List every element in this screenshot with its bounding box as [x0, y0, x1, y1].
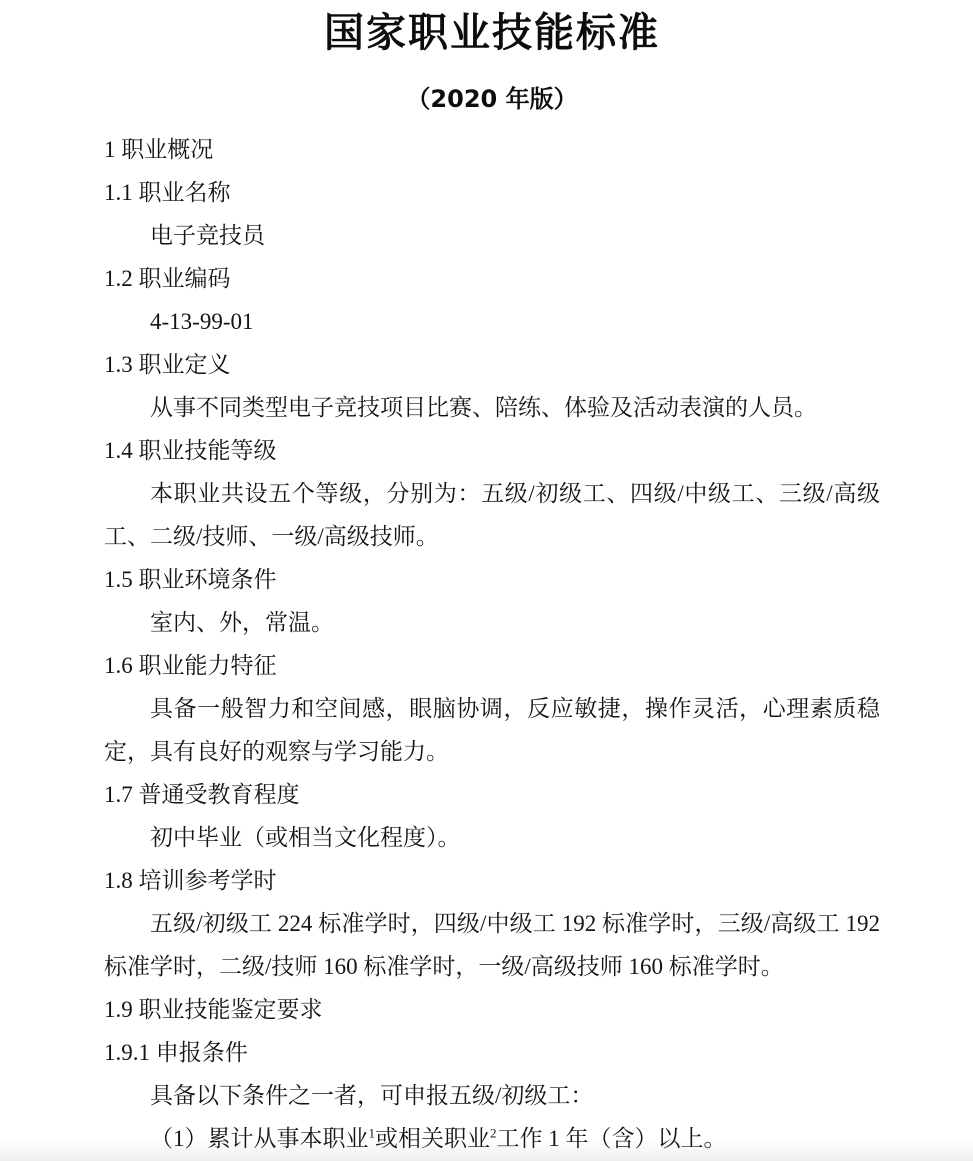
- text-run: 工作 1 年（含）以上。: [497, 1126, 727, 1151]
- section-heading: 1.8 培训参考学时: [104, 859, 880, 902]
- text-run: 或相关职业: [375, 1126, 490, 1151]
- section-heading: 1.2 职业编码: [104, 257, 880, 300]
- body-paragraph: 从事不同类型电子竞技项目比赛、陪练、体验及活动表演的人员。: [104, 386, 880, 429]
- section-heading: 1.3 职业定义: [104, 343, 880, 386]
- text-run: （1）累计从事本职业: [150, 1126, 369, 1151]
- document-title: 国家职业技能标准: [104, 8, 880, 58]
- body-paragraph: 五级/初级工 224 标准学时，四级/中级工 192 标准学时，三级/高级工 1…: [104, 902, 880, 988]
- section-heading: 1.6 职业能力特征: [104, 644, 880, 687]
- document-page: 国家职业技能标准 （2020 年版） 1 职业概况1.1 职业名称电子竞技员1.…: [0, 0, 973, 1161]
- section-heading: 1.4 职业技能等级: [104, 429, 880, 472]
- body-paragraph: 具备一般智力和空间感，眼脑协调，反应敏捷，操作灵活，心理素质稳定，具有良好的观察…: [104, 687, 880, 773]
- section-heading: 1.9 职业技能鉴定要求: [104, 988, 880, 1031]
- section-heading: 1.1 职业名称: [104, 171, 880, 214]
- section-heading: 1.5 职业环境条件: [104, 558, 880, 601]
- section-heading: 1.7 普通受教育程度: [104, 773, 880, 816]
- body-paragraph: 4-13-99-01: [104, 300, 880, 343]
- body-paragraph: 具备以下条件之一者，可申报五级/初级工：: [104, 1074, 880, 1117]
- section-heading: 1.9.1 申报条件: [104, 1031, 880, 1074]
- section-heading: 1 职业概况: [104, 128, 880, 171]
- body-paragraph: 电子竞技员: [104, 214, 880, 257]
- body-paragraph: （1）累计从事本职业1或相关职业2工作 1 年（含）以上。: [104, 1117, 880, 1160]
- document-body: 1 职业概况1.1 职业名称电子竞技员1.2 职业编码4-13-99-011.3…: [104, 128, 880, 1160]
- body-paragraph: 本职业共设五个等级，分别为：五级/初级工、四级/中级工、三级/高级工、二级/技师…: [104, 472, 880, 558]
- body-paragraph: 初中毕业（或相当文化程度）。: [104, 816, 880, 859]
- document-subtitle: （2020 年版）: [104, 84, 880, 114]
- body-paragraph: 室内、外，常温。: [104, 601, 880, 644]
